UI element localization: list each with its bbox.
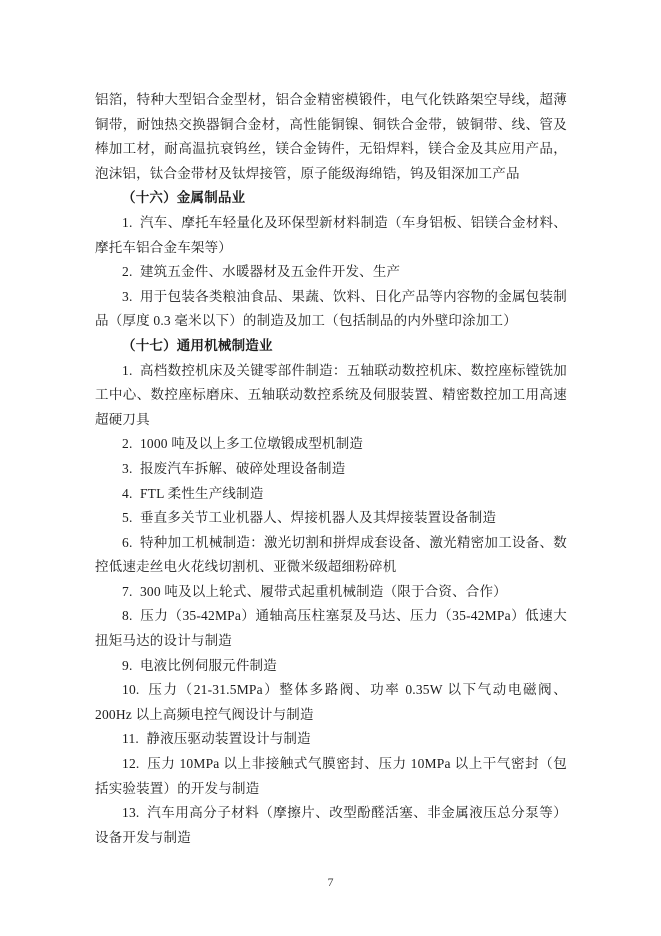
item-number: 7. (122, 584, 133, 599)
item-text: 建筑五金件、水暖器材及五金件开发、生产 (140, 264, 400, 279)
list-item: 3.用于包装各类粮油食品、果蔬、饮料、日化产品等内容物的金属包装制品（厚度 0.… (95, 285, 567, 334)
item-text: 特种加工机械制造：激光切割和拼焊成套设备、激光精密加工设备、数控低速走丝电火花线… (95, 535, 567, 575)
document-content: 铝箔，特种大型铝合金型材，铝合金精密模锻件，电气化铁路架空导线，超薄铜带，耐蚀热… (95, 88, 567, 850)
item-text: FTL 柔性生产线制造 (140, 486, 264, 501)
item-number: 8. (122, 608, 133, 623)
item-number: 13. (122, 805, 139, 820)
item-text: 1000 吨及以上多工位墩锻成型机制造 (140, 436, 363, 451)
item-number: 2. (122, 264, 133, 279)
list-item: 4.FTL 柔性生产线制造 (95, 482, 567, 507)
item-number: 10. (122, 682, 139, 697)
item-number: 6. (122, 535, 133, 550)
item-text: 电液比例伺服元件制造 (140, 658, 277, 673)
section-17-heading: （十七）通用机械制造业 (95, 334, 567, 359)
item-text: 高档数控机床及关键零部件制造：五轴联动数控机床、数控座标镗铣加工中心、数控座标磨… (95, 363, 567, 427)
item-number: 2. (122, 436, 133, 451)
item-number: 3. (122, 461, 133, 476)
item-number: 12. (122, 756, 139, 771)
list-item: 12.压力 10MPa 以上非接触式气膜密封、压力 10MPa 以上干气密封（包… (95, 752, 567, 801)
list-item: 1.汽车、摩托车轻量化及环保型新材料制造（车身铝板、铝镁合金材料、摩托车铝合金车… (95, 211, 567, 260)
list-item: 2.1000 吨及以上多工位墩锻成型机制造 (95, 432, 567, 457)
list-item: 13.汽车用高分子材料（摩擦片、改型酚醛活塞、非金属液压总分泵等）设备开发与制造 (95, 801, 567, 850)
item-text: 静液压驱动装置设计与制造 (146, 731, 310, 746)
item-number: 1. (122, 215, 133, 230)
section-16-heading: （十六）金属制品业 (95, 186, 567, 211)
item-number: 1. (122, 363, 133, 378)
list-item: 8.压力（35-42MPa）通轴高压柱塞泵及马达、压力（35-42MPa）低速大… (95, 604, 567, 653)
item-text: 压力 10MPa 以上非接触式气膜密封、压力 10MPa 以上干气密封（包括实验… (95, 756, 567, 796)
item-text: 汽车、摩托车轻量化及环保型新材料制造（车身铝板、铝镁合金材料、摩托车铝合金车架等… (95, 215, 567, 255)
item-number: 9. (122, 658, 133, 673)
list-item: 3.报废汽车拆解、破碎处理设备制造 (95, 457, 567, 482)
list-item: 7.300 吨及以上轮式、履带式起重机械制造（限于合资、合作） (95, 580, 567, 605)
item-text: 汽车用高分子材料（摩擦片、改型酚醛活塞、非金属液压总分泵等）设备开发与制造 (95, 805, 567, 845)
item-number: 11. (122, 731, 139, 746)
list-item: 11.静液压驱动装置设计与制造 (95, 727, 567, 752)
item-text: 垂直多关节工业机器人、焊接机器人及其焊接装置设备制造 (140, 510, 496, 525)
list-item: 9.电液比例伺服元件制造 (95, 654, 567, 679)
list-item: 5.垂直多关节工业机器人、焊接机器人及其焊接装置设备制造 (95, 506, 567, 531)
list-item: 2.建筑五金件、水暖器材及五金件开发、生产 (95, 260, 567, 285)
list-item: 10.压力（21-31.5MPa）整体多路阀、功率 0.35W 以下气动电磁阀、… (95, 678, 567, 727)
item-number: 4. (122, 486, 133, 501)
list-item: 6.特种加工机械制造：激光切割和拼焊成套设备、激光精密加工设备、数控低速走丝电火… (95, 531, 567, 580)
item-text: 压力（21-31.5MPa）整体多路阀、功率 0.35W 以下气动电磁阀、200… (95, 682, 567, 722)
page-number: 7 (0, 874, 661, 890)
item-text: 压力（35-42MPa）通轴高压柱塞泵及马达、压力（35-42MPa）低速大扭矩… (95, 608, 567, 648)
document-page: 铝箔，特种大型铝合金型材，铝合金精密模锻件，电气化铁路架空导线，超薄铜带，耐蚀热… (0, 0, 661, 936)
item-number: 5. (122, 510, 133, 525)
continuation-paragraph: 铝箔，特种大型铝合金型材，铝合金精密模锻件，电气化铁路架空导线，超薄铜带，耐蚀热… (95, 88, 567, 186)
item-text: 用于包装各类粮油食品、果蔬、饮料、日化产品等内容物的金属包装制品（厚度 0.3 … (95, 289, 567, 329)
page-background: { "page": { "number": "7", "background_c… (0, 0, 661, 936)
list-item: 1.高档数控机床及关键零部件制造：五轴联动数控机床、数控座标镗铣加工中心、数控座… (95, 359, 567, 433)
item-number: 3. (122, 289, 133, 304)
item-text: 300 吨及以上轮式、履带式起重机械制造（限于合资、合作） (140, 584, 507, 599)
item-text: 报废汽车拆解、破碎处理设备制造 (140, 461, 346, 476)
